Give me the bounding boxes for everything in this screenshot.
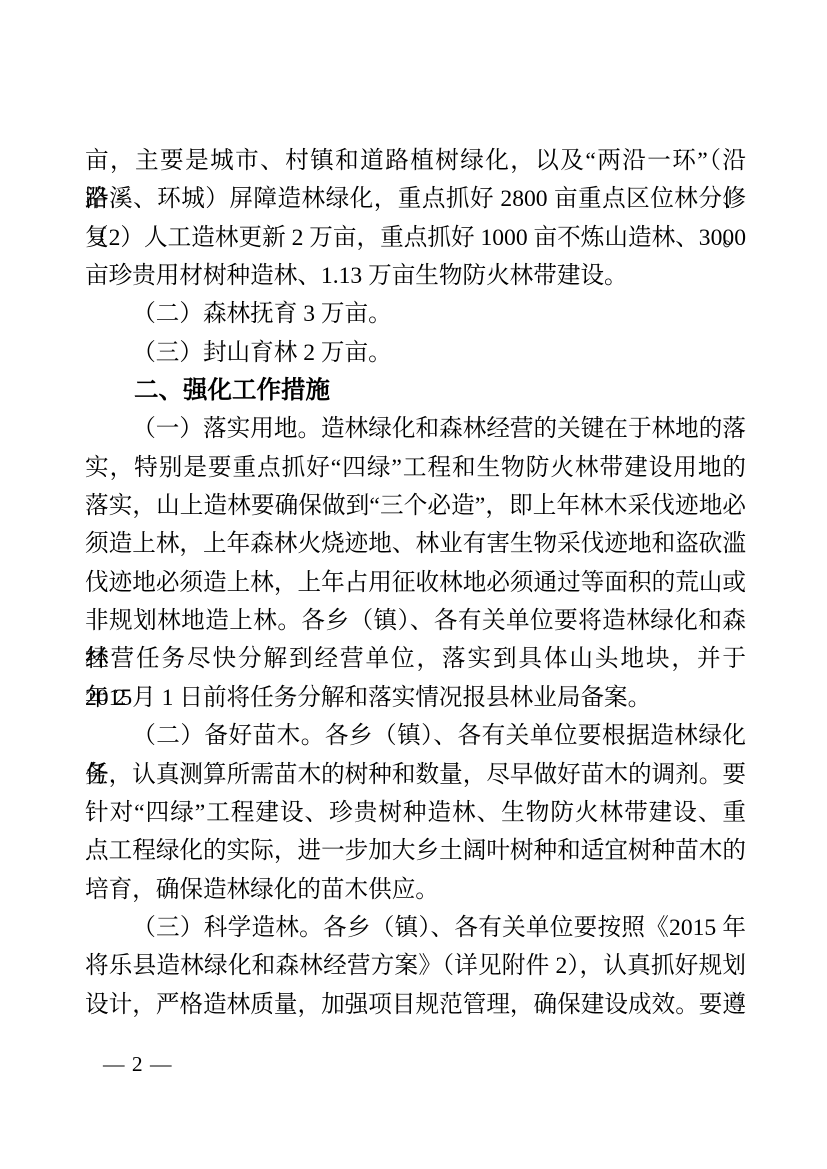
text-line: （三）科学造林。各乡（镇）、各有关单位要按照《2015 年 xyxy=(85,909,746,947)
text-line: 培育，确保造林绿化的苗木供应。 xyxy=(85,871,746,909)
text-line: （二）森林抚育 3 万亩。 xyxy=(85,295,746,333)
text-block: 亩，主要是城市、村镇和道路植树绿化，以及“两沿一环”（沿路、 沿溪、环城）屏障造… xyxy=(85,142,746,1024)
section-heading: 二、强化工作措施 xyxy=(85,372,746,410)
text-line: 亩珍贵用材树种造林、1.13 万亩生物防火林带建设。 xyxy=(85,257,746,295)
text-line: 设计，严格造林质量，加强项目规范管理，确保建设成效。要遵 xyxy=(85,986,746,1024)
text-line: 非规划林地造上林。各乡（镇）、各有关单位要将造林绿化和森林 xyxy=(85,602,746,640)
text-line: （二）备好苗木。各乡（镇）、各有关单位要根据造林绿化任 xyxy=(85,717,746,755)
text-line: 实，特别是要重点抓好“四绿”工程和生物防火林带建设用地的 xyxy=(85,449,746,487)
text-line: （2）人工造林更新 2 万亩，重点抓好 1000 亩不炼山造林、3000 xyxy=(85,219,746,257)
text-line: 沿溪、环城）屏障造林绿化，重点抓好 2800 亩重点区位林分修复。 xyxy=(85,180,746,218)
text-line: 伐迹地必须造上林，上年占用征收林地必须通过等面积的荒山或 xyxy=(85,564,746,602)
text-line: 落实，山上造林要确保做到“三个必造”，即上年林木采伐迹地必 xyxy=(85,487,746,525)
text-line: 将乐县造林绿化和森林经营方案》（详见附件 2），认真抓好规划 xyxy=(85,947,746,985)
text-line: 经营任务尽快分解到经营单位，落实到具体山头地块，并于 2015 xyxy=(85,640,746,678)
text-line: （三）封山育林 2 万亩。 xyxy=(85,334,746,372)
page-number: — 2 — xyxy=(103,1050,173,1078)
text-line: 年 2 月 1 日前将任务分解和落实情况报县林业局备案。 xyxy=(85,679,746,717)
text-line: 务，认真测算所需苗木的树种和数量，尽早做好苗木的调剂。要 xyxy=(85,756,746,794)
document-page: 亩，主要是城市、村镇和道路植树绿化，以及“两沿一环”（沿路、 沿溪、环城）屏障造… xyxy=(0,0,827,1169)
text-line: （一）落实用地。造林绿化和森林经营的关键在于林地的落 xyxy=(85,410,746,448)
text-line: 亩，主要是城市、村镇和道路植树绿化，以及“两沿一环”（沿路、 xyxy=(85,142,746,180)
text-line: 须造上林，上年森林火烧迹地、林业有害生物采伐迹地和盗砍滥 xyxy=(85,525,746,563)
text-line: 针对“四绿”工程建设、珍贵树种造林、生物防火林带建设、重 xyxy=(85,794,746,832)
text-line: 点工程绿化的实际，进一步加大乡土阔叶树种和适宜树种苗木的 xyxy=(85,832,746,870)
